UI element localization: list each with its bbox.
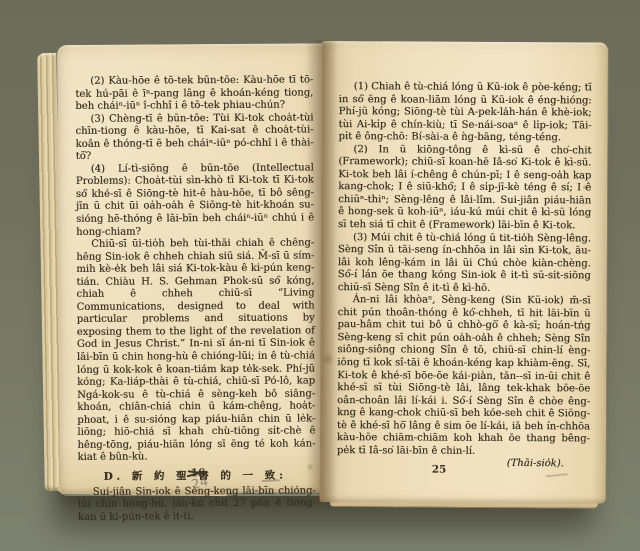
left-page: (2) Kàu-hōe ê tō-tek būn-tōe: Kàu-hōe tī… <box>57 43 325 494</box>
page-number: 25 <box>432 464 447 476</box>
paragraph: (3) Múi chit ê tù-chiá lóng ū tit-tio̍h … <box>338 232 591 296</box>
left-page-text-block: (2) Kàu-hōe ê tō-tek būn-tōe: Kàu-hōe tī… <box>75 74 316 524</box>
paper-stain <box>323 351 333 367</box>
paragraph: (1) Chiah ê tù-chiá lóng ū Kū-iok ê pòe-… <box>338 81 591 145</box>
right-page-text-block: (1) Chiah ê tù-chiá lóng ū Kū-iok ê pòe-… <box>337 81 592 471</box>
pencil-mark <box>546 473 568 477</box>
right-page: (1) Chiah ê tù-chiá lóng ū Kū-iok ê pòe-… <box>320 41 609 503</box>
paragraph: (2) Kàu-hōe ê tō-tek būn-tōe: Kàu-hōe tī… <box>75 74 313 113</box>
paragraph: (2) In ū kiōng-tông ê kì-sū ê cho͘-chit … <box>338 144 591 233</box>
paragraph: (4) Lí-tì-siōng ê būn-tōe (Intellectual … <box>76 162 314 239</box>
section-heading: D. 新 約 聖 書 的 一 致: <box>104 469 316 483</box>
book-photo: (2) Kàu-hōe ê tō-tek būn-tōe: Kàu-hōe tī… <box>0 0 640 551</box>
paragraph: (3) Chèng-tī ê būn-tōe: Tùi Ki-tok choa̍… <box>75 112 313 164</box>
continuation-note: (Thāi-sio̍k). <box>337 457 590 471</box>
paragraph: Án-ni lâi khòaⁿ, Sèng-keng (Sin Kū-iok) … <box>337 294 591 458</box>
paragraph: Chiū-sī ūi-tio̍h beh tùi-thāi chiah ê ch… <box>76 238 315 465</box>
